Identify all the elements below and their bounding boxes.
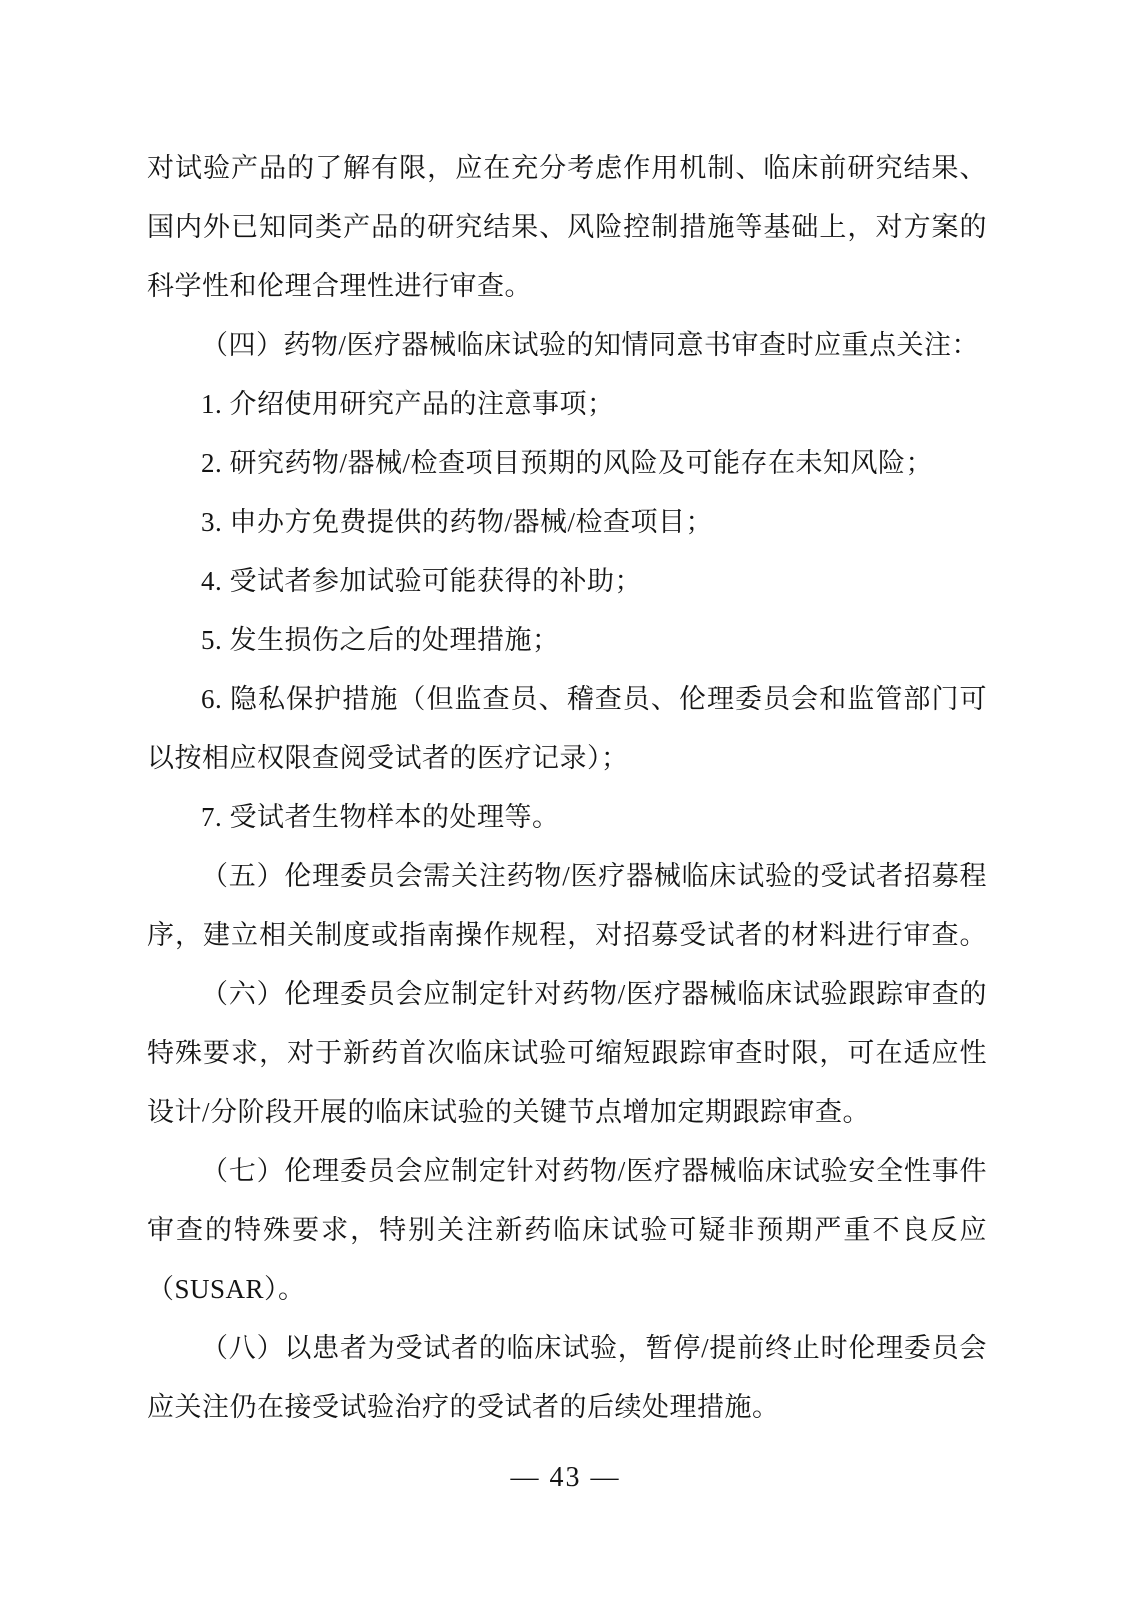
text-line: （五）伦理委员会需关注药物/医疗器械临床试验的受试者招募程 [147, 847, 987, 906]
document-page: 对试验产品的了解有限，应在充分考虑作用机制、临床前研究结果、 国内外已知同类产品… [0, 0, 1131, 1600]
text-line: 6. 隐私保护措施（但监查员、稽查员、伦理委员会和监管部门可 [147, 670, 987, 729]
text-line: 设计/分阶段开展的临床试验的关键节点增加定期跟踪审查。 [147, 1083, 987, 1142]
text-line: 序，建立相关制度或指南操作规程，对招募受试者的材料进行审查。 [147, 906, 987, 965]
text-line: 对试验产品的了解有限，应在充分考虑作用机制、临床前研究结果、 [147, 139, 987, 198]
text-line: 1. 介绍使用研究产品的注意事项； [147, 375, 987, 434]
text-line: 4. 受试者参加试验可能获得的补助； [147, 552, 987, 611]
text-line: 7. 受试者生物样本的处理等。 [147, 788, 987, 847]
text-line: 3. 申办方免费提供的药物/器械/检查项目； [147, 493, 987, 552]
text-line: （六）伦理委员会应制定针对药物/医疗器械临床试验跟踪审查的 [147, 965, 987, 1024]
text-line: 5. 发生损伤之后的处理措施； [147, 611, 987, 670]
text-line: （四）药物/医疗器械临床试验的知情同意书审查时应重点关注： [147, 316, 987, 375]
text-line: 2. 研究药物/器械/检查项目预期的风险及可能存在未知风险； [147, 434, 987, 493]
text-line: 特殊要求，对于新药首次临床试验可缩短跟踪审查时限，可在适应性 [147, 1024, 987, 1083]
text-line: 以按相应权限查阅受试者的医疗记录）； [147, 729, 987, 788]
text-line: 科学性和伦理合理性进行审查。 [147, 257, 987, 316]
page-number: — 43 — [0, 1458, 1131, 1498]
text-block: 对试验产品的了解有限，应在充分考虑作用机制、临床前研究结果、 国内外已知同类产品… [147, 139, 987, 1437]
text-line: （SUSAR）。 [147, 1260, 987, 1319]
text-line: 审查的特殊要求，特别关注新药临床试验可疑非预期严重不良反应 [147, 1201, 987, 1260]
text-line: （八）以患者为受试者的临床试验，暂停/提前终止时伦理委员会 [147, 1319, 987, 1378]
text-line: 国内外已知同类产品的研究结果、风险控制措施等基础上，对方案的 [147, 198, 987, 257]
text-line: （七）伦理委员会应制定针对药物/医疗器械临床试验安全性事件 [147, 1142, 987, 1201]
text-line: 应关注仍在接受试验治疗的受试者的后续处理措施。 [147, 1378, 987, 1437]
